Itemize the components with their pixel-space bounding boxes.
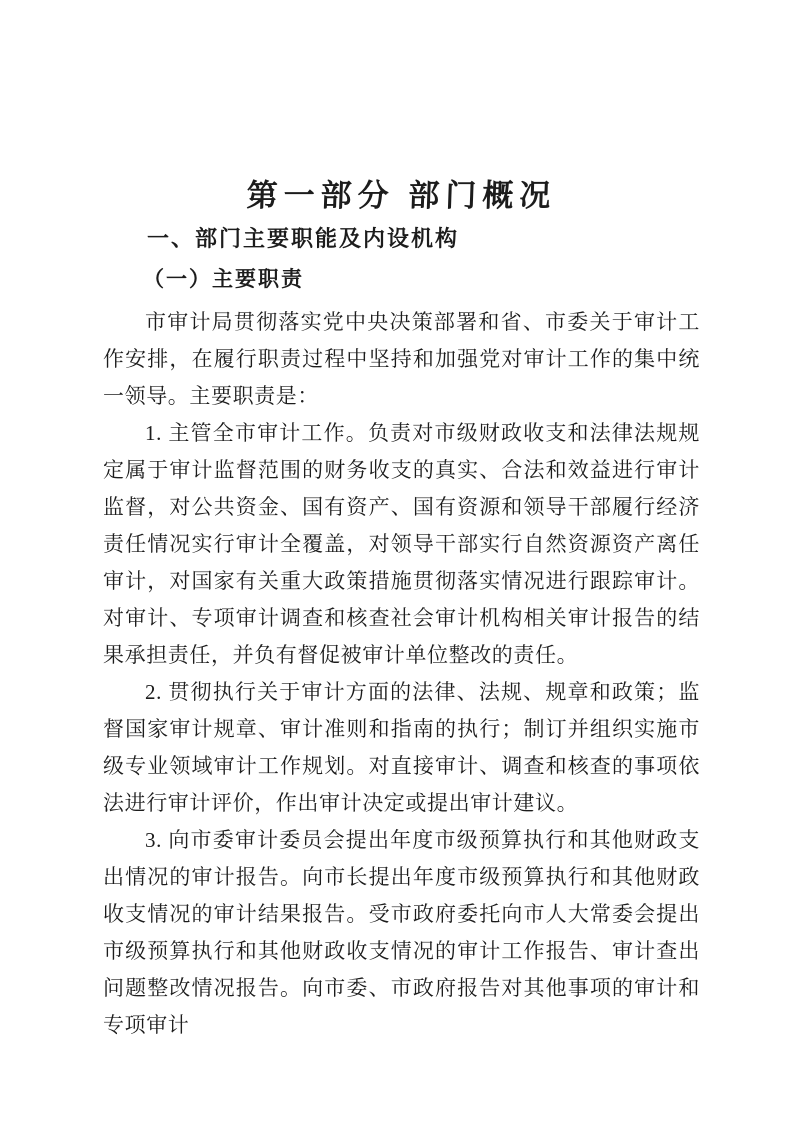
body-paragraph: 1. 主管全市审计工作。负责对市级财政收支和法律法规规定属于审计监督范围的财务收… [103, 415, 700, 674]
subsection-heading: （一）主要职责 [103, 264, 700, 294]
body-paragraph: 市审计局贯彻落实党中央决策部署和省、市委关于审计工作安排，在履行职责过程中坚持和… [103, 304, 700, 415]
body-paragraph: 3. 向市委审计委员会提出年度市级预算执行和其他财政支出情况的审计报告。向市长提… [103, 822, 700, 1044]
body-text: 市审计局贯彻落实党中央决策部署和省、市委关于审计工作安排，在履行职责过程中坚持和… [103, 304, 700, 1044]
document-page: 第一部分 部门概况 一、部门主要职能及内设机构 （一）主要职责 市审计局贯彻落实… [0, 0, 793, 1122]
document-title: 第一部分 部门概况 [102, 176, 700, 215]
section-heading: 一、部门主要职能及内设机构 [103, 224, 700, 254]
body-paragraph: 2. 贯彻执行关于审计方面的法律、法规、规章和政策；监督国家审计规章、审计准则和… [103, 674, 700, 822]
page-content: 第一部分 部门概况 一、部门主要职能及内设机构 （一）主要职责 市审计局贯彻落实… [103, 0, 700, 1044]
